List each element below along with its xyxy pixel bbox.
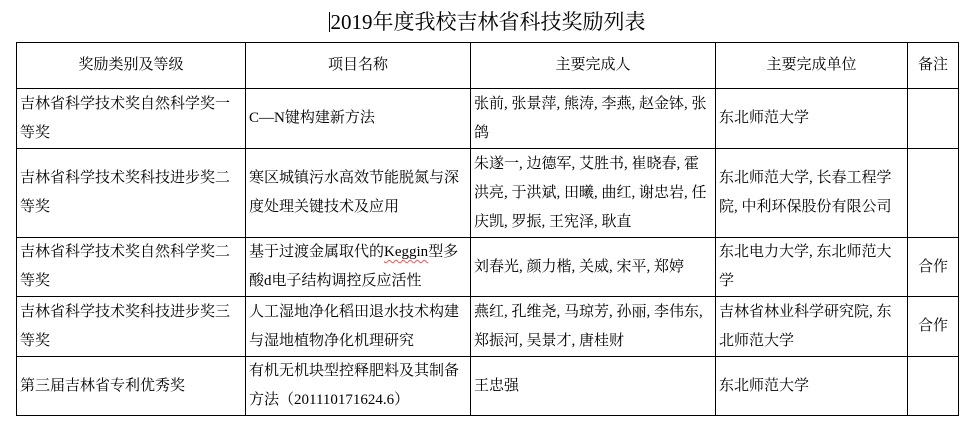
document-title-line: 2019年度我校吉林省科技奖励列表 (0, 0, 974, 42)
cell-note (908, 149, 959, 238)
project-text: 基于过渡金属取代的 (249, 244, 384, 260)
text-cursor (329, 12, 330, 32)
cell-project: 基于过渡金属取代的Keggin型多酸d电子结构调控反应活性 (246, 238, 471, 297)
table-row: 吉林省科学技术奖自然科学奖二等奖 基于过渡金属取代的Keggin型多酸d电子结构… (17, 238, 959, 297)
table-row: 吉林省科学技术奖科技进步奖三等奖 人工湿地净化稻田退水技术构建与湿地植物净化机理… (17, 297, 959, 357)
cell-category: 吉林省科学技术奖科技进步奖二等奖 (17, 149, 246, 238)
misspelled-word: Keggin (384, 244, 428, 260)
cell-note: 合作 (908, 297, 959, 357)
header-units: 主要完成单位 (716, 43, 908, 89)
cell-note: 合作 (908, 238, 959, 297)
cell-units: 东北电力大学, 东北师范大学 (716, 238, 908, 297)
cell-note (908, 89, 959, 149)
cell-people: 朱遂一, 边德军, 艾胜书, 崔晓春, 霍洪亮, 于洪斌, 田曦, 曲红, 谢忠… (471, 149, 716, 238)
header-project: 项目名称 (246, 43, 471, 89)
cell-units: 东北师范大学 (716, 357, 908, 416)
table-row: 吉林省科学技术奖科技进步奖二等奖 寒区城镇污水高效节能脱氮与深度处理关键技术及应… (17, 149, 959, 238)
table-row: 第三届吉林省专利优秀奖 有机无机块型控释肥料及其制备方法（20111017162… (17, 357, 959, 416)
table-header-row: 奖励类别及等级 项目名称 主要完成人 主要完成单位 备注 (17, 43, 959, 89)
table-row: 吉林省科学技术奖自然科学奖一等奖 C—N键构建新方法 张前, 张景萍, 熊涛, … (17, 89, 959, 149)
header-note: 备注 (908, 43, 959, 89)
awards-table: 奖励类别及等级 项目名称 主要完成人 主要完成单位 备注 吉林省科学技术奖自然科… (16, 42, 959, 416)
cell-people: 王忠强 (471, 357, 716, 416)
cell-people: 张前, 张景萍, 熊涛, 李燕, 赵金钵, 张鸽 (471, 89, 716, 149)
cell-units: 吉林省林业科学研究院, 东北师范大学 (716, 297, 908, 357)
cell-category: 吉林省科学技术奖科技进步奖三等奖 (17, 297, 246, 357)
cell-project: C—N键构建新方法 (246, 89, 471, 149)
cell-units: 东北师范大学, 长春工程学院, 中利环保股份有限公司 (716, 149, 908, 238)
cell-project: 人工湿地净化稻田退水技术构建与湿地植物净化机理研究 (246, 297, 471, 357)
cell-project: 寒区城镇污水高效节能脱氮与深度处理关键技术及应用 (246, 149, 471, 238)
cell-people: 燕红, 孔维尧, 马琼芳, 孙丽, 李伟东, 郑振河, 吴景才, 唐桂财 (471, 297, 716, 357)
cell-note (908, 357, 959, 416)
cell-units: 东北师范大学 (716, 89, 908, 149)
cell-people: 刘春光, 颜力楷, 关威, 宋平, 郑婷 (471, 238, 716, 297)
cell-category: 吉林省科学技术奖自然科学奖二等奖 (17, 238, 246, 297)
document-title: 2019年度我校吉林省科技奖励列表 (331, 10, 646, 34)
header-people: 主要完成人 (471, 43, 716, 89)
cell-project: 有机无机块型控释肥料及其制备方法（201110171624.6） (246, 357, 471, 416)
cell-category: 第三届吉林省专利优秀奖 (17, 357, 246, 416)
document-page: 2019年度我校吉林省科技奖励列表 奖励类别及等级 项目名称 主要完成人 主要完… (0, 0, 974, 416)
cell-category: 吉林省科学技术奖自然科学奖一等奖 (17, 89, 246, 149)
header-category: 奖励类别及等级 (17, 43, 246, 89)
